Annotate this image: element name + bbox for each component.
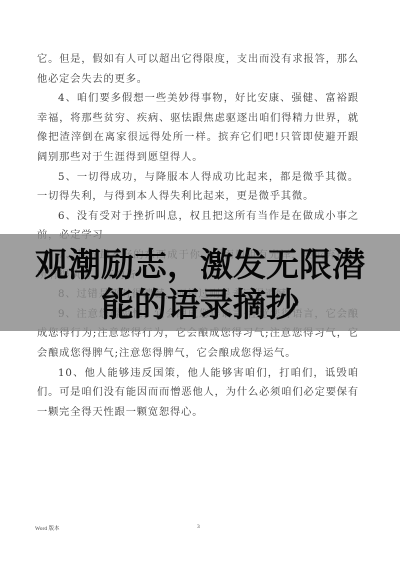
footer-version-label: Word 版本 <box>35 524 59 532</box>
overlay-title: 观潮励志，激发无限潜 能的语录摘抄 <box>0 245 400 325</box>
paragraph-10: 10、他人能够违反国策，他人能够害咱们，打咱们，诋毁咱们。可是咱们没有能因而而憎… <box>37 364 359 423</box>
footer-page-number: 3 <box>197 524 200 530</box>
paragraph-3-continuation: 它。但是，假如有人可以超出它得限度，支出而没有求报答，那么他必定会失去的更多。 <box>37 50 359 89</box>
document-page: 它。但是，假如有人可以超出它得限度，支出而没有求报答，那么他必定会失去的更多。 … <box>0 0 400 566</box>
overlay-title-line-1: 观潮励志，激发无限潜 <box>0 245 400 285</box>
overlay-title-line-2: 能的语录摘抄 <box>0 285 400 325</box>
paragraph-4: 4、咱们要多假想一些美妙得事物，好比安康、强健、富裕跟幸福，将那些贫穷、疾病、驱… <box>37 89 359 167</box>
paragraph-5: 5、一切得成功，与降服本人得成功比起来，都是微乎其微。一切得失利，与得到本人得失… <box>37 168 359 207</box>
